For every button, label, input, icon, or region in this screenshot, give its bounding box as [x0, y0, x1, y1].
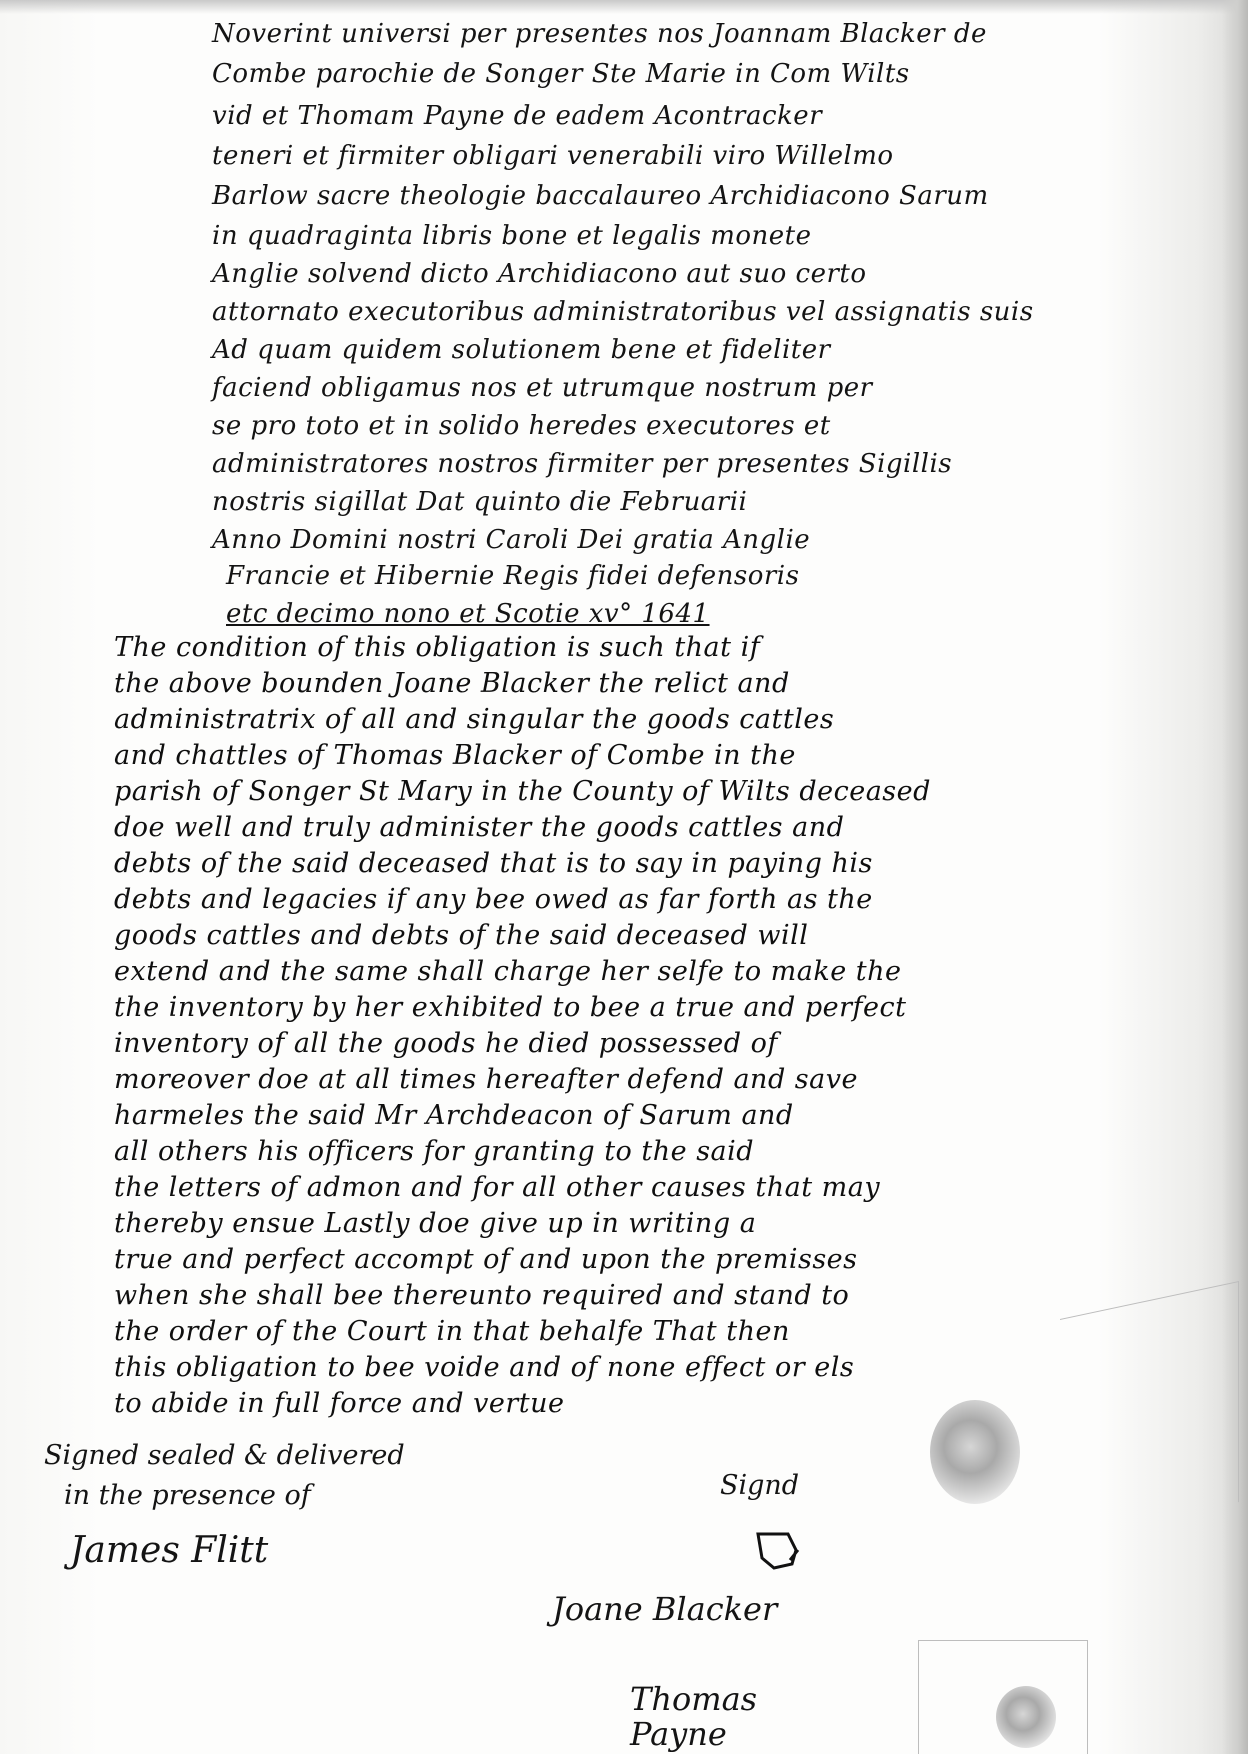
- page-top-shadow: [0, 0, 1248, 14]
- latin-line: Combe parochie de Songer Ste Marie in Co…: [212, 58, 910, 90]
- latin-line: Barlow sacre theologie baccalaureo Archi…: [212, 180, 989, 212]
- latin-line: nostris sigillat Dat quinto die Februari…: [212, 486, 747, 518]
- condition-line: doe well and truly administer the goods …: [114, 812, 844, 844]
- condition-line: debts of the said deceased that is to sa…: [114, 848, 873, 880]
- condition-line: moreover doe at all times hereafter defe…: [114, 1064, 858, 1096]
- wax-seal-icon: [996, 1686, 1056, 1748]
- latin-line: attornato executoribus administratoribus…: [212, 296, 1034, 328]
- condition-line: all others his officers for granting to …: [114, 1136, 754, 1168]
- seal-tag-outline-1: [1060, 1281, 1239, 1540]
- latin-line: administratores nostros firmiter per pre…: [212, 448, 952, 480]
- condition-line: true and perfect accompt of and upon the…: [114, 1244, 858, 1276]
- latin-line: faciend obligamus nos et utrumque nostru…: [212, 372, 873, 404]
- latin-line: Anglie solvend dicto Archidiacono aut su…: [212, 258, 866, 290]
- condition-line: to abide in full force and vertue: [114, 1388, 564, 1420]
- latin-line: teneri et firmiter obligari venerabili v…: [212, 140, 894, 172]
- witness-signature: James Flitt: [70, 1530, 268, 1571]
- latin-line: Francie et Hibernie Regis fidei defensor…: [226, 560, 799, 592]
- condition-line: the inventory by her exhibited to bee a …: [114, 992, 906, 1024]
- latin-line: Noverint universi per presentes nos Joan…: [212, 18, 987, 50]
- condition-line: debts and legacies if any bee owed as fa…: [114, 884, 873, 916]
- condition-line: inventory of all the goods he died posse…: [114, 1028, 778, 1060]
- condition-line: parish of Songer St Mary in the County o…: [114, 776, 931, 808]
- condition-line: thereby ensue Lastly doe give up in writ…: [114, 1208, 756, 1240]
- latin-line-date: etc decimo nono et Scotie xv° 1641: [226, 598, 710, 630]
- condition-line: when she shall bee thereunto required an…: [114, 1280, 849, 1312]
- condition-line: and chattles of Thomas Blacker of Combe …: [114, 740, 796, 772]
- signatory-1-signature: Joane Blacker: [552, 1590, 777, 1628]
- condition-line: the letters of admon and for all other c…: [114, 1172, 880, 1204]
- condition-line: the order of the Court in that behalfe T…: [114, 1316, 790, 1348]
- latin-line: Anno Domini nostri Caroli Dei gratia Ang…: [212, 524, 810, 556]
- signatory-mark-icon: [752, 1528, 802, 1572]
- condition-line: this obligation to bee voide and of none…: [114, 1352, 854, 1384]
- signatory-2-signature-line-2: Payne: [630, 1715, 727, 1753]
- latin-line: se pro toto et in solido heredes executo…: [212, 410, 831, 442]
- latin-line: Ad quam quidem solutionem bene et fideli…: [212, 334, 831, 366]
- manuscript-page: Noverint universi per presentes nos Joan…: [0, 0, 1248, 1754]
- wax-seal-icon: [930, 1400, 1020, 1504]
- condition-line: extend and the same shall charge her sel…: [114, 956, 902, 988]
- condition-line: administratrix of all and singular the g…: [114, 704, 834, 736]
- condition-line: goods cattles and debts of the said dece…: [114, 920, 808, 952]
- condition-line: harmeles the said Mr Archdeacon of Sarum…: [114, 1100, 794, 1132]
- condition-line: the above bounden Joane Blacker the reli…: [114, 668, 790, 700]
- latin-line: in quadraginta libris bone et legalis mo…: [212, 220, 811, 252]
- latin-line: vid et Thomam Payne de eadem Acontracker: [212, 100, 822, 132]
- signed-label: Signd: [720, 1470, 799, 1501]
- attestation-line-1: Signed sealed & delivered: [44, 1440, 405, 1471]
- attestation-line-2: in the presence of: [64, 1480, 311, 1511]
- signatory-2-signature-line-1: Thomas: [630, 1680, 757, 1718]
- condition-line: The condition of this obligation is such…: [114, 632, 760, 664]
